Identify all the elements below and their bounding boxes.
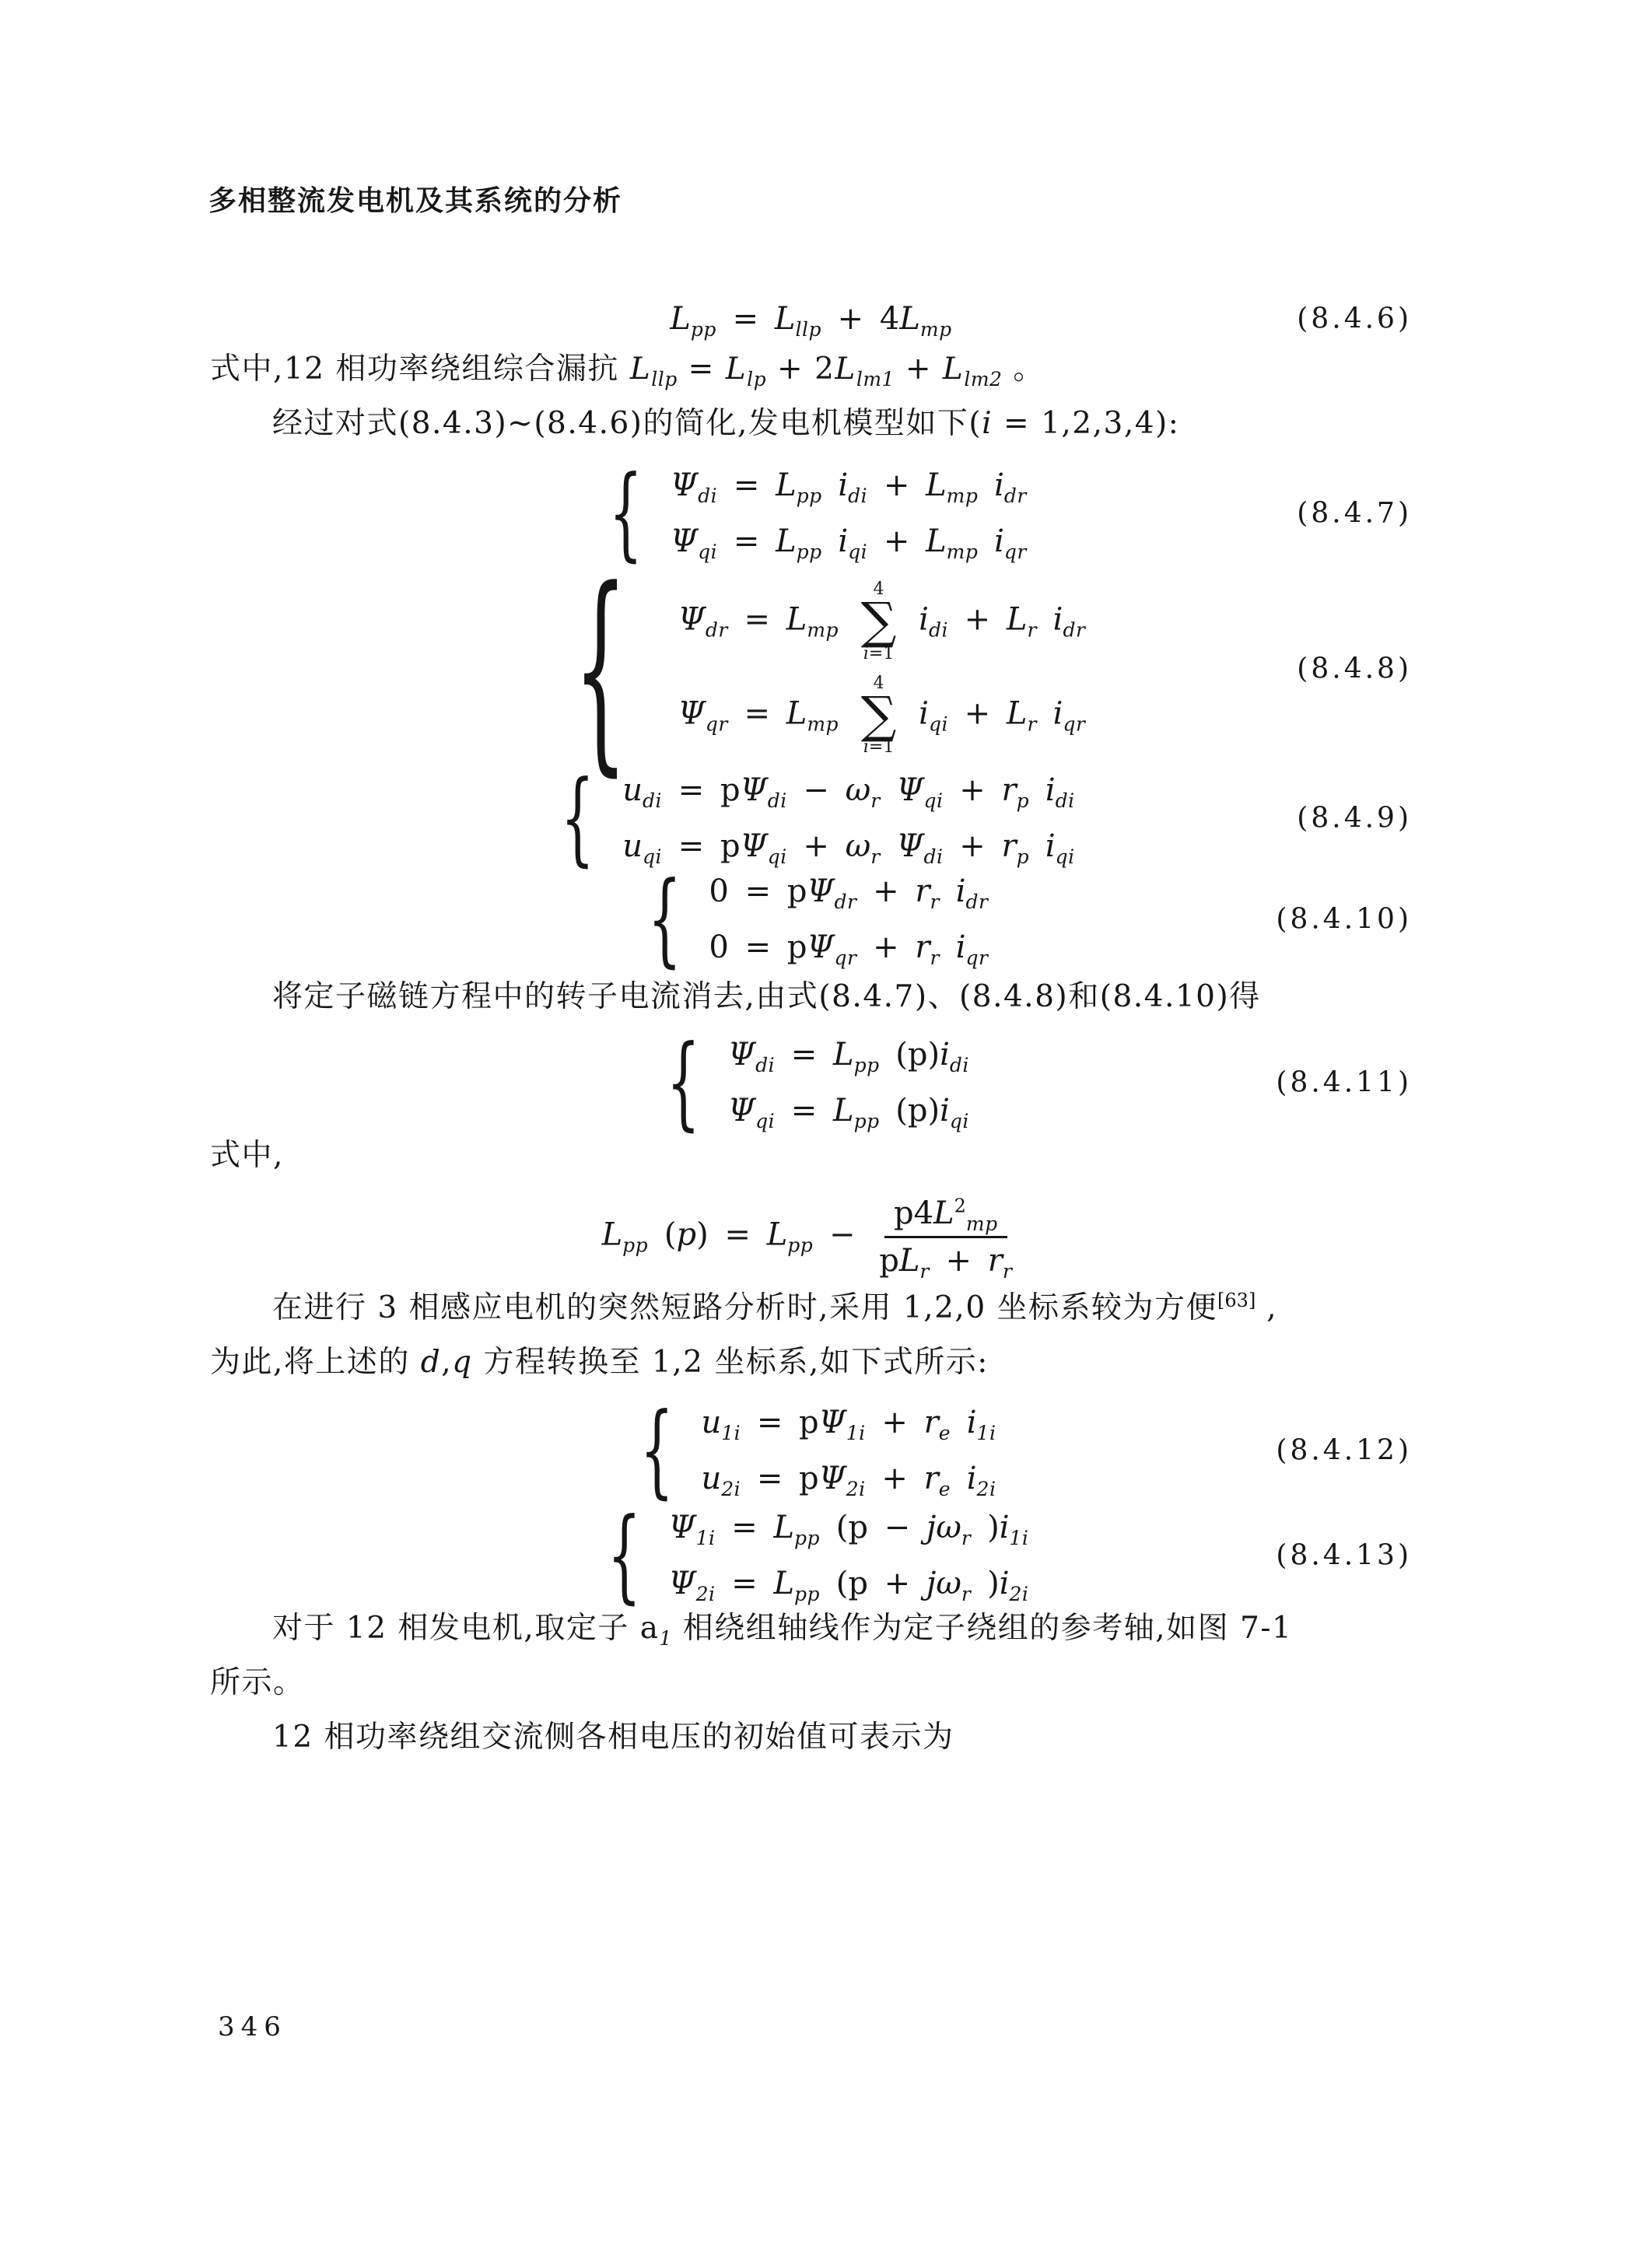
left-brace: { [667, 1032, 700, 1133]
equation-8-4-6-body: Lpp = Lllp + 4Lmp [670, 301, 951, 337]
equation-8-4-10: { 0 = pΨdr + rr idr 0 = pΨqr + rr iqr (8… [210, 865, 1412, 974]
equation-8-4-11: { Ψdi = Lpp (p)idi Ψqi = Lpp (p)iqi (8.4… [210, 1028, 1412, 1137]
equation-8-4-9-row-2: uqi = pΨqi + ωr Ψdi + rp iqi [622, 828, 1074, 864]
book-page: 多相整流发电机及其系统的分析 Lpp = Lllp + 4Lmp (8.4.6)… [0, 0, 1625, 2268]
equation-8-4-9: { udi = pΨdi − ωr Ψqi + rp idi uqi = pΨq… [210, 764, 1412, 873]
equation-8-4-7-number: (8.4.7) [1297, 498, 1412, 530]
equation-operational-inductance: Lpp (p) = Lpp − p4L2mppLr + rr [210, 1188, 1412, 1286]
paragraph-eliminate-rotor-current: 将定子磁链方程中的转子电流消去,由式(8.4.7)、(8.4.8)和(8.4.1… [272, 978, 1261, 1016]
paragraph-reference-axis-line-1: 对于 12 相发电机,取定子 a1 相绕组轴线作为定子绕组的参考轴,如图 7-1 [272, 1610, 1292, 1647]
equation-8-4-9-row-1: udi = pΨdi − ωr Ψqi + rp idi [622, 772, 1074, 808]
running-header: 多相整流发电机及其系统的分析 [208, 179, 622, 219]
equation-8-4-6: Lpp = Lllp + 4Lmp (8.4.6) [210, 292, 1412, 346]
equation-8-4-10-row-1: 0 = pΨdr + rr idr [709, 873, 988, 909]
paragraph-simplification: 经过对式(8.4.3)~(8.4.6)的简化,发电机模型如下(i = 1,2,3… [272, 405, 1179, 443]
equation-8-4-12-number: (8.4.12) [1276, 1435, 1412, 1467]
paragraph-initial-voltage: 12 相功率绕组交流侧各相电压的初始值可表示为 [272, 1719, 954, 1756]
left-brace: { [573, 560, 627, 777]
left-brace: { [639, 1400, 673, 1501]
paragraph-coordinate-transform: 为此,将上述的 d,q 方程转换至 1,2 坐标系,如下式所示: [210, 1344, 989, 1381]
paragraph-leakage-definition: 式中,12 相功率绕组综合漏抗 Lllp = Llp + 2Llm1 + Llm… [210, 351, 1045, 388]
equation-8-4-13-row-1: Ψ1i = Lpp (p − jωr )i1i [669, 1510, 1029, 1545]
equation-8-4-13: { Ψ1i = Lpp (p − jωr )i1i Ψ2i = Lpp (p +… [210, 1501, 1412, 1610]
equation-8-4-8-row-2: Ψqr = Lmp 4∑i=1 iqi + Lr iqr [678, 675, 1086, 757]
equation-8-4-10-row-2: 0 = pΨqr + rr iqr [709, 929, 988, 965]
left-brace: { [607, 1505, 640, 1606]
equation-8-4-12-row-1: u1i = pΨ1i + re i1i [701, 1405, 996, 1440]
equation-8-4-13-row-2: Ψ2i = Lpp (p + jωr )i2i [669, 1566, 1029, 1601]
equation-operational-inductance-body: Lpp (p) = Lpp − p4L2mppLr + rr [602, 1195, 1021, 1279]
left-brace: { [647, 869, 681, 970]
equation-8-4-12: { u1i = pΨ1i + re i1i u2i = pΨ2i + re i2… [210, 1396, 1412, 1505]
paragraph-where: 式中, [210, 1137, 284, 1174]
equation-8-4-11-row-1: Ψdi = Lpp (p)idi [728, 1037, 969, 1073]
paragraph-reference-axis-line-2: 所示。 [210, 1664, 305, 1702]
equation-8-4-7-row-1: Ψdi = Lpp idi + Lmp idr [671, 467, 1027, 503]
equation-8-4-13-number: (8.4.13) [1276, 1540, 1412, 1572]
equation-8-4-8-number: (8.4.8) [1297, 653, 1412, 684]
equation-8-4-10-number: (8.4.10) [1276, 904, 1412, 936]
equation-8-4-12-row-2: u2i = pΨ2i + re i2i [701, 1461, 996, 1496]
equation-8-4-8: { Ψdr = Lmp 4∑i=1 idi + Lr idr Ψqr = Lmp… [210, 554, 1412, 783]
equation-8-4-9-number: (8.4.9) [1297, 803, 1412, 835]
equation-8-4-11-number: (8.4.11) [1276, 1067, 1412, 1099]
equation-8-4-11-row-2: Ψqi = Lpp (p)iqi [728, 1093, 969, 1129]
page-number: 346 [218, 2011, 287, 2042]
paragraph-short-circuit-analysis: 在进行 3 相感应电机的突然短路分析时,采用 1,2,0 坐标系较为方便[63]… [272, 1290, 1277, 1327]
equation-8-4-6-number: (8.4.6) [1297, 303, 1412, 335]
left-brace: { [561, 768, 594, 869]
equation-8-4-8-row-1: Ψdr = Lmp 4∑i=1 idi + Lr idr [678, 581, 1086, 663]
